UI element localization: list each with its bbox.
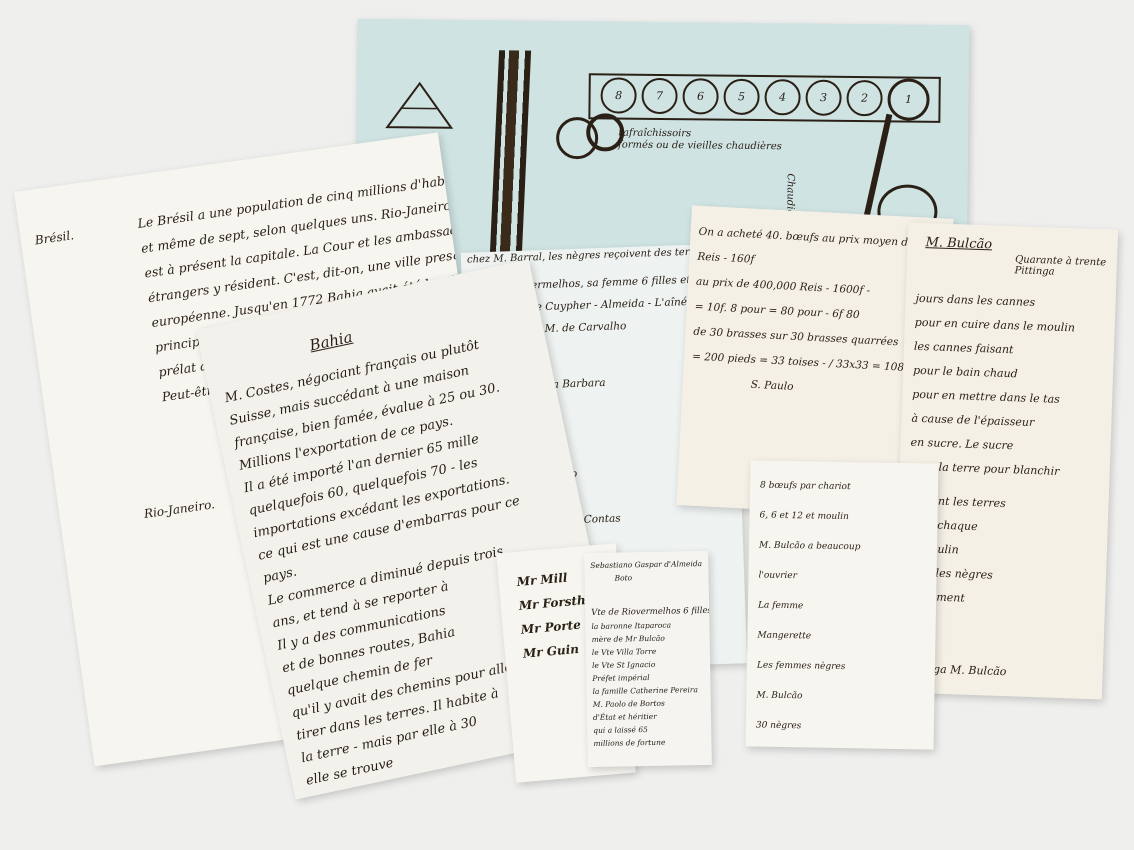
small-note-sheet: Sebastiano Gaspar d'Almeida Boto Vte de … [584,551,712,767]
margin-note: Rio-Janeiro. [143,497,216,521]
triangle-sketch-icon [384,81,455,132]
boiler-circle-8: 8 [600,77,636,113]
boiler-circle-7: 7 [641,78,677,114]
bahia-title: Bahia [308,328,354,355]
bulcao-subtitle: Quarante à trente Pittinga [1014,254,1111,279]
column-sketch [489,50,532,282]
dense-note-sheet: 8 bœufs par chariot 6, 6 et 12 et moulin… [746,460,939,749]
boiler-circle-3: 3 [805,80,841,116]
achat-text: On a acheté 40. bœufs au prix moyen de R… [690,220,918,406]
cooler-note: rafraîchissoirs formés ou de vieilles ch… [618,128,782,154]
boiler-circle-5: 5 [723,79,759,115]
boiler-circle-6: 6 [682,78,718,114]
boiler-circle-2: 2 [846,80,882,116]
dense-note-text: 8 bœufs par chariot 6, 6 et 12 et moulin… [756,471,862,743]
mid-list-text: Mr Mill Mr Forsth Mr Porte Mr Guin [516,564,591,665]
bulcao-title: M. Bulcão [925,235,992,252]
margin-title: Brésil. [34,228,75,247]
boiler-circle-4: 4 [764,79,800,115]
boiler-circle-1: 1 [887,78,929,120]
small-note-text: Sebastiano Gaspar d'Almeida Boto Vte de … [590,556,712,749]
